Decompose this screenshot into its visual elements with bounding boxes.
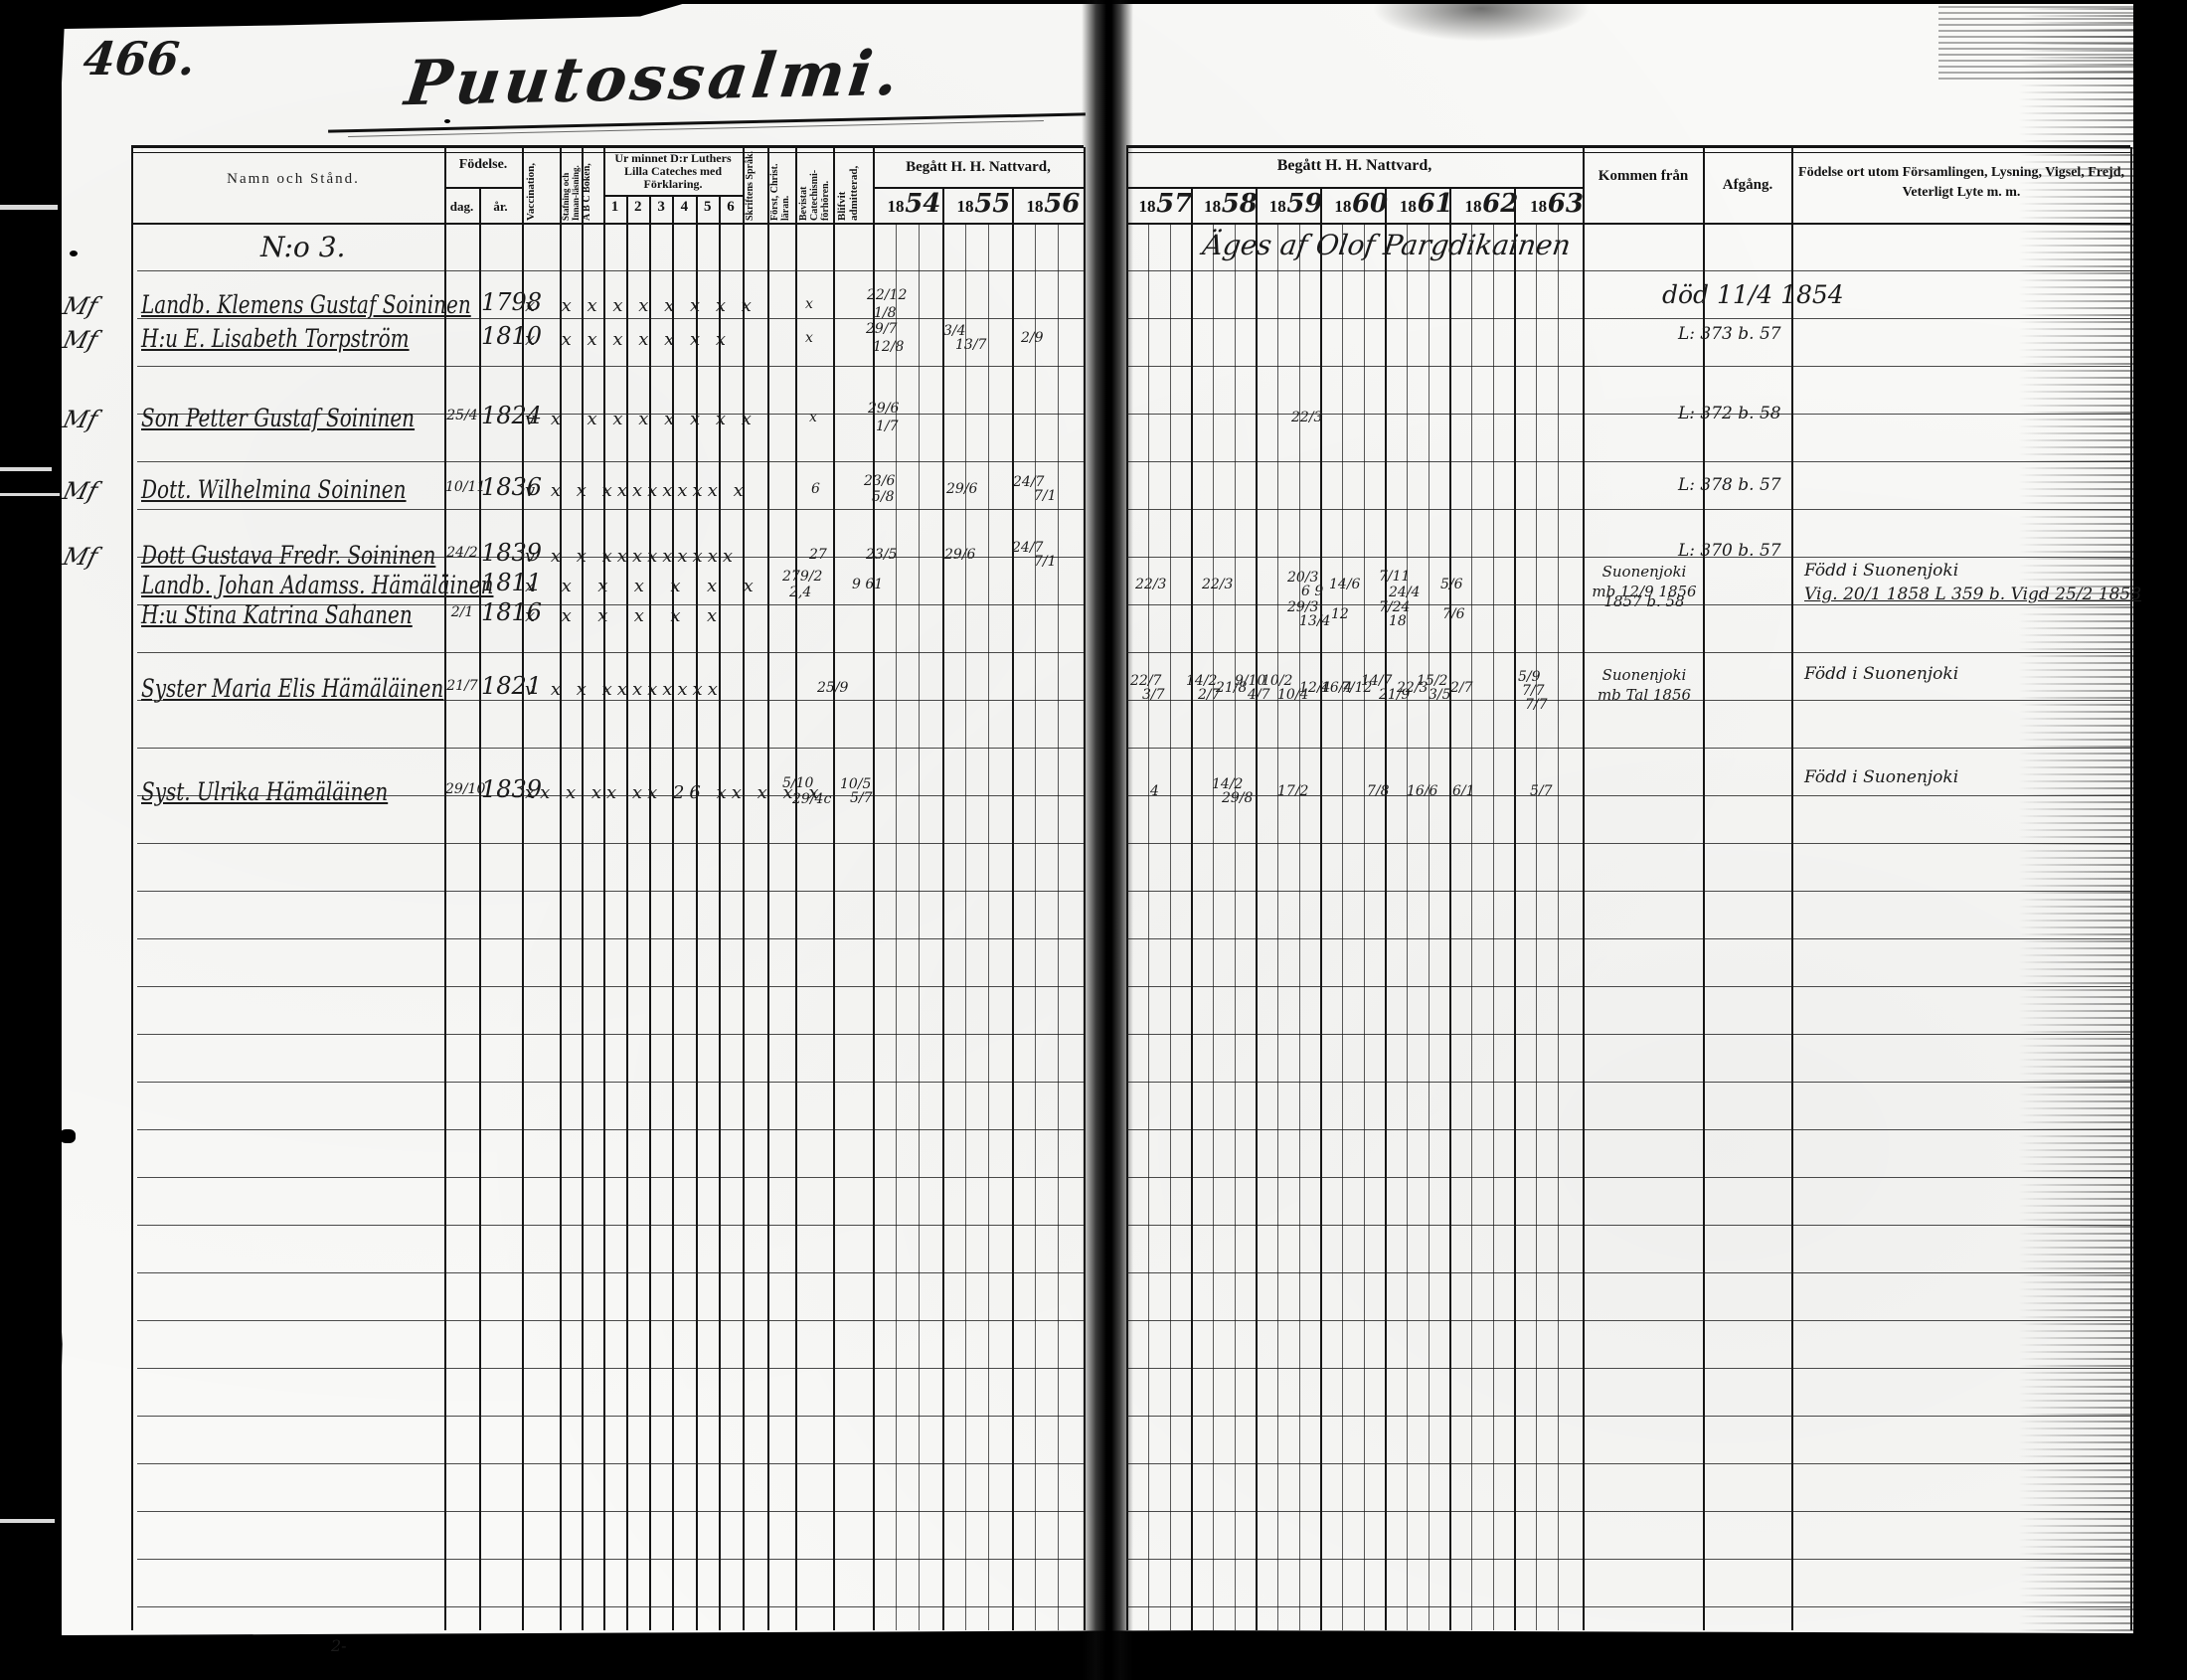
communion-mark: 14/6 <box>1329 577 1360 592</box>
page-number: 466. <box>81 32 198 85</box>
ruled-line <box>1126 1034 2130 1035</box>
grid-line <box>1126 147 1128 1630</box>
grid-line <box>896 225 897 1630</box>
ruled-line <box>1126 1606 2130 1607</box>
grid-line <box>942 187 944 1630</box>
row-name: Landb. Klemens Gustaf Soininen <box>141 290 471 319</box>
grid-line <box>603 147 605 1630</box>
ruled-line <box>137 461 1084 462</box>
grid-line <box>1170 225 1171 1630</box>
communion-mark: 4/7 <box>1248 687 1270 703</box>
communion-year-hand: 60 <box>1352 189 1388 219</box>
communion-mark: 5/7 <box>1530 783 1553 799</box>
grid-line <box>1126 223 2130 225</box>
ruled-line <box>137 1368 1084 1369</box>
communion-year-hand: 63 <box>1548 189 1584 219</box>
grid-line <box>1364 225 1365 1630</box>
ruled-line <box>137 748 1084 749</box>
grid-line <box>1035 225 1036 1630</box>
birthplace-note-entry: Född i Suonenjoki <box>1804 767 1958 787</box>
ruled-line <box>137 891 1084 892</box>
ruled-line <box>1126 938 2130 939</box>
grid-line <box>1471 225 1472 1630</box>
communion-mark: 9 61 <box>852 577 883 592</box>
grid-line <box>1126 152 2130 153</box>
ruled-line <box>1126 1082 2130 1083</box>
bottom-margin-mark: 2- <box>331 1636 347 1655</box>
grid-line <box>1429 225 1430 1630</box>
column-header-departure: Afgång. <box>1705 177 1790 194</box>
grid-line <box>1126 145 2130 148</box>
grid-line <box>444 187 522 189</box>
ruled-line <box>137 1559 1084 1560</box>
column-header-catechism-exam: Bevistat Catechismi-förhören. <box>798 151 831 221</box>
communion-mark: 7/8 <box>1367 783 1390 799</box>
row-reading-marks: x x x x x x x x x <box>525 295 757 316</box>
ruled-line <box>137 1463 1084 1464</box>
ruled-line <box>1126 1225 2130 1226</box>
row-margin-mark: Mf <box>61 406 100 433</box>
ruled-line <box>137 1511 1084 1512</box>
communion-mark: 23/5 <box>866 547 897 563</box>
grid-line <box>965 225 966 1630</box>
communion-mark: 29/8 <box>1222 790 1253 806</box>
ruled-line <box>137 509 1084 510</box>
row-reading-marks: xx x xx xx 26 xx x x x <box>525 782 824 803</box>
row-name: H:u E. Lisabeth Torpström <box>141 324 410 353</box>
row-name: Son Petter Gustaf Soininen <box>141 404 415 432</box>
column-header-admitted: Blifvit admitterad, <box>836 151 871 221</box>
grid-line <box>833 147 835 1630</box>
row-margin-mark: Mf <box>61 543 100 571</box>
communion-mark: 7/6 <box>1442 606 1465 622</box>
row-birth-day: 25/4 <box>445 408 479 423</box>
communion-mark: 25/9 <box>817 680 848 696</box>
scan-noise-top-right-corner <box>1938 0 2137 80</box>
catechism-column-number: 2 <box>626 199 649 216</box>
grid-line <box>1235 225 1236 1630</box>
ruled-line <box>137 1320 1084 1321</box>
row-name: Syst. Ulrika Hämäläinen <box>141 777 388 806</box>
departure-entry: L: 378 b. 57 <box>1678 475 1781 495</box>
communion-year-hand: 58 <box>1222 189 1258 219</box>
communion-year-hand: 55 <box>974 189 1010 219</box>
grid-line <box>1407 225 1408 1630</box>
communion-mark: 5/7 <box>850 790 873 806</box>
communion-mark: 2,4 <box>789 585 811 600</box>
row-name: H:u Stina Katrina Sahanen <box>141 600 413 629</box>
row-margin-mark: Mf <box>61 292 100 320</box>
communion-mark: 7/1 <box>1034 554 1057 570</box>
row-name: Dott. Wilhelmina Soininen <box>141 475 407 504</box>
ruled-line <box>1126 1511 2130 1512</box>
scan-noise-right-band <box>2018 0 2137 1680</box>
grid-line <box>1058 225 1059 1630</box>
grid-line <box>1148 225 1149 1630</box>
ruled-line <box>137 1416 1084 1417</box>
communion-mark: 22/3 <box>1135 577 1166 592</box>
grid-line <box>1449 187 1451 1630</box>
communion-mark: 13/7 <box>955 337 986 353</box>
scan-speck-1 <box>60 1129 76 1143</box>
column-header-catechism: Ur minnet D:r Luthers Lilla Cateches med… <box>605 152 741 191</box>
column-header-birth: Födelse. <box>444 157 522 173</box>
ruled-line <box>137 366 1084 367</box>
communion-mark: x <box>805 330 813 346</box>
ruled-line <box>137 1034 1084 1035</box>
ruled-line <box>1126 1416 2130 1417</box>
communion-mark: 7/11 <box>1379 569 1410 585</box>
communion-mark: 17/2 <box>1277 783 1308 799</box>
grid-line <box>1493 225 1494 1630</box>
ruled-line <box>1126 1559 2130 1560</box>
communion-year-printed: 18 <box>1387 197 1417 217</box>
grid-line <box>1084 147 1086 1630</box>
communion-year-printed: 18 <box>1126 197 1156 217</box>
communion-year-printed: 18 <box>1012 197 1044 217</box>
scan-speck-3 <box>444 119 450 123</box>
row-margin-mark: Mf <box>61 326 100 354</box>
ruled-line <box>137 1606 1084 1607</box>
scan-streak-4 <box>0 1519 55 1523</box>
ruled-line <box>137 986 1084 987</box>
photo-border-right <box>2133 0 2187 1680</box>
grid-line <box>1277 225 1278 1630</box>
column-header-abc-book: A B C Boken, <box>583 151 602 221</box>
communion-year-hand: 56 <box>1044 189 1080 219</box>
grid-line <box>1385 187 1387 1630</box>
grid-line <box>767 147 769 1630</box>
communion-mark: 27 <box>809 547 827 563</box>
communion-mark: 1/8 <box>874 305 897 321</box>
communion-year-hand: 62 <box>1482 189 1518 219</box>
ruled-line <box>137 270 1084 271</box>
row-margin-mark: Mf <box>61 477 100 505</box>
ruled-line <box>137 1272 1084 1273</box>
row-birth-day: 24/2 <box>445 545 479 561</box>
communion-year-hand: 54 <box>905 189 940 219</box>
ruled-line <box>1126 1177 2130 1178</box>
column-header-communion-right: Begått H. H. Nattvard, <box>1126 157 1583 175</box>
communion-mark: 16/6 <box>1407 783 1437 799</box>
birthplace-note-entry: Vig. 20/1 1858 L 359 b. Vigd 25/2 1858 <box>1804 585 2141 604</box>
grid-line <box>1558 225 1559 1630</box>
communion-mark: 5/10 <box>782 775 813 791</box>
catechism-column-number: 5 <box>696 199 719 216</box>
grid-line <box>2130 147 2132 1630</box>
ruled-line <box>1126 748 2130 749</box>
ruled-line <box>1126 1368 2130 1369</box>
communion-mark: 3/7 <box>1142 687 1165 703</box>
grid-line <box>1213 225 1214 1630</box>
communion-year-hand: 61 <box>1418 189 1453 219</box>
ruled-line <box>137 1225 1084 1226</box>
ruled-line <box>1126 1272 2130 1273</box>
departure-entry: L: 373 b. 57 <box>1678 324 1781 344</box>
communion-mark: 23/6 <box>864 473 895 489</box>
communion-mark: 29/6 <box>944 547 975 563</box>
grid-line <box>988 225 989 1630</box>
grid-line <box>444 147 446 1630</box>
column-header-birth-year: år. <box>479 199 522 215</box>
communion-mark: 18 <box>1389 613 1407 629</box>
grid-line <box>1536 225 1537 1630</box>
grid-line <box>131 152 1084 153</box>
column-header-birth-day: dag. <box>444 199 479 215</box>
communion-mark: x <box>809 410 817 425</box>
column-header-christian-doctrine: Först, Christ. läran. <box>769 151 793 221</box>
page-title: Puutossalmi. <box>402 37 907 120</box>
ruled-line <box>137 652 1084 653</box>
communion-mark: 7/7 <box>1525 697 1548 713</box>
ruled-line <box>1126 1129 2130 1130</box>
scanned-register-photo: 466. Puutossalmi. Namn och Stånd. Födels… <box>0 0 2187 1680</box>
photo-border-left <box>0 0 66 1680</box>
communion-mark: 6 <box>811 481 820 497</box>
grid-line <box>582 147 584 1630</box>
row-birth-day: 21/7 <box>445 678 479 694</box>
communion-year-printed: 18 <box>942 197 974 217</box>
communion-year-hand: 57 <box>1156 189 1192 219</box>
ruled-line <box>1126 986 2130 987</box>
birthplace-note-entry: Född i Suonenjoki <box>1804 561 1958 581</box>
communion-mark: 2/7 <box>1450 680 1473 696</box>
grid-line <box>743 147 745 1630</box>
ruled-line <box>1126 366 2130 367</box>
communion-year-printed: 18 <box>1452 197 1482 217</box>
communion-mark: 12/8 <box>873 339 904 355</box>
scan-speck-2 <box>70 251 78 256</box>
departure-entry: död 11/4 1854 <box>1662 280 1844 309</box>
row-birth-day: 10/11 <box>445 479 479 495</box>
ruled-line <box>1126 414 2130 415</box>
row-birth-day: 2/1 <box>445 604 479 620</box>
communion-year-printed: 18 <box>1257 197 1286 217</box>
communion-mark: 5/8 <box>872 489 895 505</box>
ruled-line <box>1126 270 2130 271</box>
household-number: N:o 3. <box>260 231 345 263</box>
catechism-column-number: 3 <box>650 199 673 216</box>
communion-year-printed: 18 <box>1518 197 1548 217</box>
owner-annotation: Äges af Olof Pargdikainen <box>1201 229 1573 261</box>
grid-line <box>603 195 743 197</box>
communion-mark: 279/2 <box>782 569 822 585</box>
communion-mark: 6/1 <box>1452 783 1475 799</box>
communion-mark: 29/4c <box>792 791 831 807</box>
grid-line <box>1012 187 1014 1630</box>
communion-mark: 2/9 <box>1021 330 1044 346</box>
communion-year-hand: 59 <box>1286 189 1322 219</box>
scan-streak-1 <box>0 205 58 210</box>
row-reading-marks: v x x xxxxxxxx x <box>525 480 749 501</box>
row-name: Dott Gustava Fredr. Soininen <box>141 541 435 570</box>
grid-line <box>560 147 562 1630</box>
ruled-line <box>1126 557 2130 558</box>
grid-line <box>1514 187 1516 1630</box>
communion-mark: 29/6 <box>946 481 977 497</box>
ruled-line <box>1126 318 2130 319</box>
communion-mark: 22/3 <box>1202 577 1233 592</box>
communion-mark: x <box>805 296 813 312</box>
row-birth-day: 29/10 <box>445 781 479 797</box>
ruled-line <box>137 1082 1084 1083</box>
ruled-line <box>1126 1463 2130 1464</box>
scan-noise-top-right <box>1372 0 1591 42</box>
catechism-column-number: 4 <box>673 199 696 216</box>
grid-line <box>131 147 133 1630</box>
row-name: Landb. Johan Adamss. Hämäläinen <box>141 571 493 599</box>
departure-entry: L: 370 b. 57 <box>1678 541 1781 561</box>
row-reading-marks: x x x x x x x <box>525 576 758 596</box>
communion-mark: 7/1 <box>1034 488 1057 504</box>
row-reading-marks: x x x x x x x x <box>525 329 731 350</box>
catechism-column-number: 1 <box>603 199 626 216</box>
grid-line <box>1703 147 1705 1630</box>
communion-year-printed: 18 <box>1322 197 1352 217</box>
communion-mark: 13/4 <box>1299 613 1330 629</box>
column-header-vaccination: Vaccination, <box>526 151 558 221</box>
communion-mark: 1/7 <box>876 419 899 434</box>
column-header-communion-left: Begått H. H. Nattvard, <box>873 159 1084 176</box>
communion-mark: 3/5 <box>1429 687 1451 703</box>
communion-mark: 22/12 <box>867 287 907 303</box>
arrived-from-entry: Suonenjoki <box>1589 666 1700 684</box>
column-header-spelling: Stafning och Innan-läsning. <box>561 151 581 221</box>
ruled-line <box>137 1177 1084 1178</box>
row-reading-marks: v x x xxxxxxxx <box>525 679 723 700</box>
communion-year-printed: 18 <box>1192 197 1222 217</box>
grid-line <box>1791 147 1793 1630</box>
arrived-from-entry: 1857 b. 58 <box>1589 592 1700 610</box>
scan-streak-3 <box>0 493 60 496</box>
ruled-line <box>1126 1320 2130 1321</box>
communion-year-printed: 18 <box>873 197 905 217</box>
row-reading-marks: x x x x x x <box>525 605 722 626</box>
row-reading-marks: v x x xxxxxxxxx <box>525 546 738 567</box>
grid-line <box>1256 187 1258 1630</box>
communion-mark: 12 <box>1331 606 1349 622</box>
ruled-line <box>1126 461 2130 462</box>
ruled-line <box>1126 843 2130 844</box>
communion-mark: 6 9 <box>1301 584 1323 599</box>
ruled-line <box>137 1129 1084 1130</box>
grid-line <box>131 145 1084 148</box>
ruled-line <box>1126 509 2130 510</box>
grid-line <box>873 147 875 1630</box>
grid-line <box>1342 225 1343 1630</box>
departure-entry: L: 372 b. 58 <box>1678 404 1781 423</box>
grid-line <box>1583 147 1585 1630</box>
ruled-line <box>137 938 1084 939</box>
grid-line <box>1299 225 1300 1630</box>
grid-line <box>1191 187 1193 1630</box>
catechism-column-number: 6 <box>720 199 743 216</box>
column-header-scripture: Skriftens Språk. <box>745 151 766 221</box>
grid-line <box>131 223 1084 225</box>
communion-mark: 29/6 <box>868 401 899 417</box>
communion-mark: 29/7 <box>866 321 897 337</box>
birthplace-note-entry: Född i Suonenjoki <box>1804 664 1958 684</box>
ruled-line <box>1126 891 2130 892</box>
communion-mark: 24/4 <box>1389 585 1420 600</box>
grid-line <box>522 147 524 1630</box>
communion-mark: 4 <box>1150 783 1159 799</box>
arrived-from-entry: Suonenjoki <box>1589 563 1700 581</box>
row-name: Syster Maria Elis Hämäläinen <box>141 674 443 703</box>
row-reading-marks: v x x x x x x x x <box>525 409 757 429</box>
arrived-from-entry: mb Tal 1856 <box>1589 686 1700 704</box>
grid-line <box>919 225 920 1630</box>
grid-line <box>1320 187 1322 1630</box>
communion-mark: 22/3 <box>1291 410 1322 425</box>
ruled-line <box>137 843 1084 844</box>
scan-streak-2 <box>0 467 52 471</box>
ruled-line <box>1126 652 2130 653</box>
column-header-name: Namn och Stånd. <box>149 171 437 188</box>
column-header-arrived-from: Kommen från <box>1585 161 1702 191</box>
grid-line <box>795 147 797 1630</box>
communion-mark: 5/6 <box>1440 577 1463 592</box>
